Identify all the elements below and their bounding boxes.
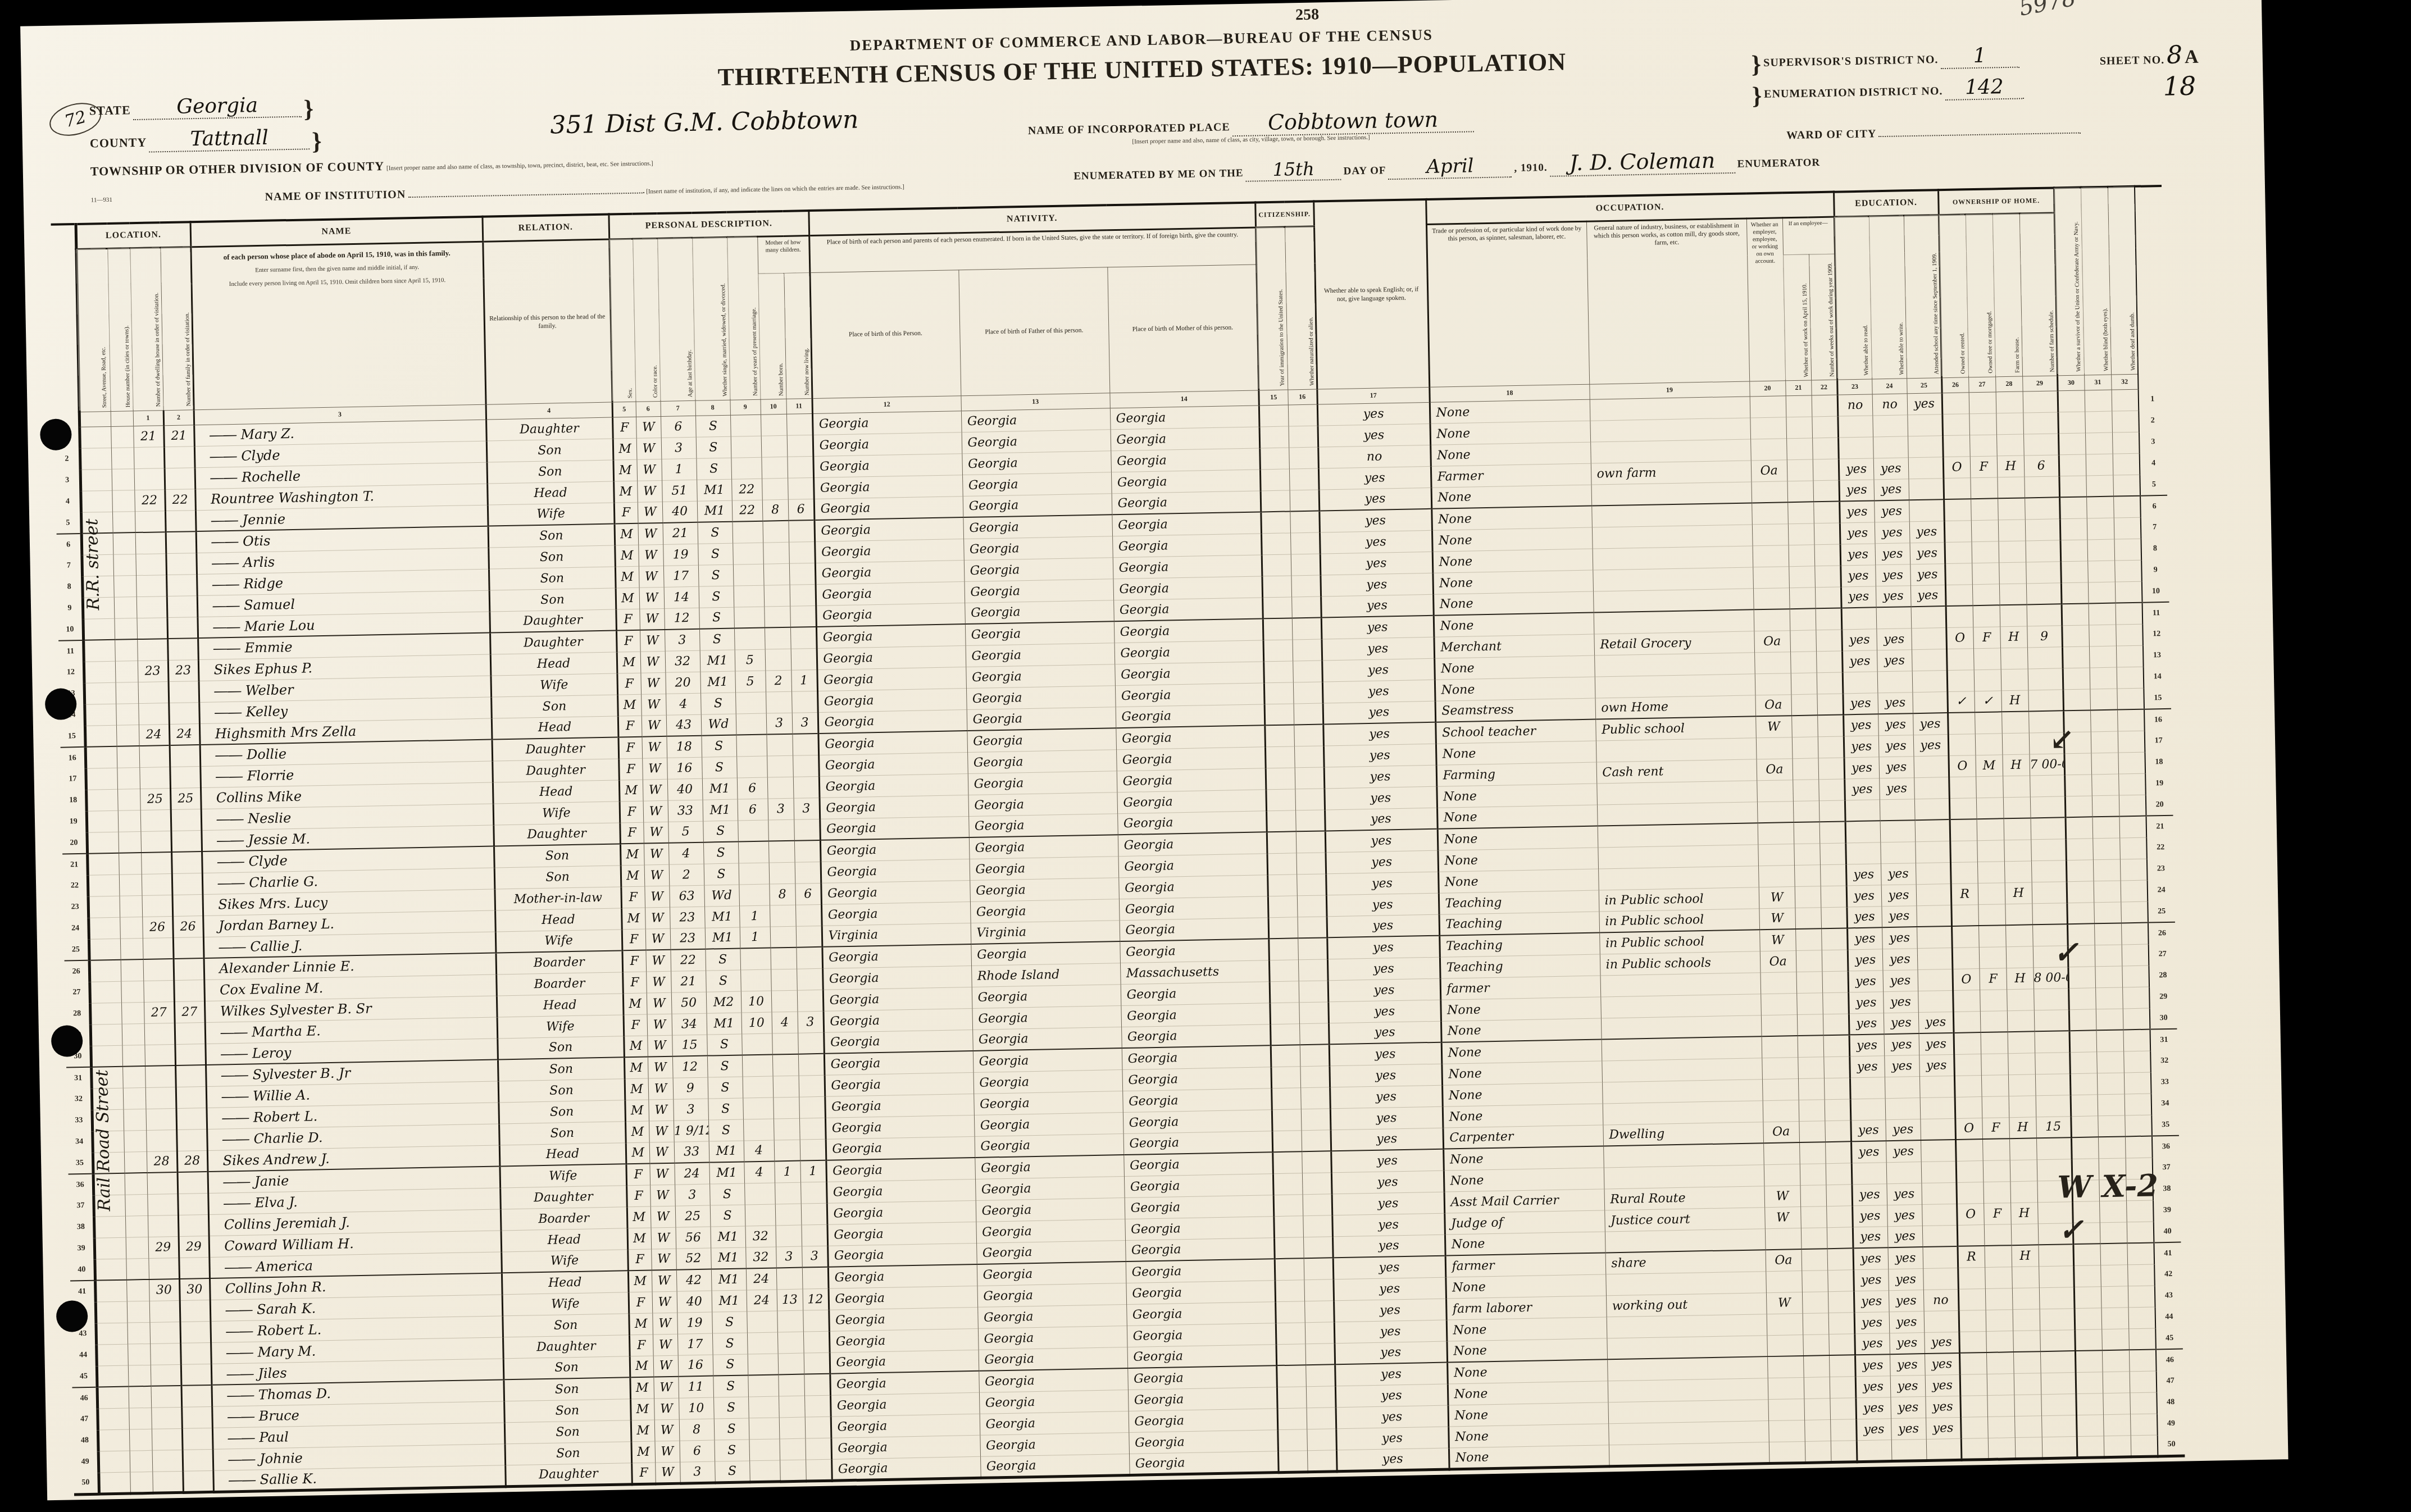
weeks-out-of-work <box>1829 1355 1855 1377</box>
house-number <box>122 1023 145 1045</box>
family-number <box>167 595 198 617</box>
ward-row: WARD OF CITY <box>1786 122 2081 143</box>
education-group: EDUCATION. <box>1834 190 1939 216</box>
house-number <box>111 447 134 469</box>
able-to-write <box>1885 1097 1921 1119</box>
attended-school <box>1922 1225 1958 1247</box>
dwelling-number <box>135 511 166 532</box>
mother-birthplace: Georgia <box>1110 405 1259 429</box>
birthplace: Georgia <box>831 1435 980 1459</box>
able-to-read: yes <box>1849 1055 1885 1077</box>
family-number: 30 <box>179 1278 210 1300</box>
immigration-year <box>1262 596 1292 618</box>
relation: Son <box>486 460 613 484</box>
attended-school <box>1912 691 1948 713</box>
speaks-english: yes <box>1329 1042 1442 1066</box>
immigration-year <box>1270 981 1299 1003</box>
street <box>87 810 119 832</box>
color: W <box>652 1291 677 1313</box>
farm-or-house <box>1996 434 2024 456</box>
mother-birthplace: Georgia <box>1120 917 1269 941</box>
speaks-english: yes <box>1320 530 1432 554</box>
able-to-write: yes <box>1884 1033 1919 1055</box>
farm-or-house <box>2014 1373 2041 1395</box>
employment-class <box>1752 502 1788 524</box>
dwelling-number <box>147 1172 178 1194</box>
blind <box>2092 837 2120 859</box>
dwelling-number <box>148 1215 179 1237</box>
owned-or-rented <box>1961 1438 1989 1460</box>
institution-label: NAME OF INSTITUTION <box>265 188 406 203</box>
mother-birthplace: Georgia <box>1129 1408 1278 1432</box>
marital-status: Wd <box>704 885 739 907</box>
deaf-and-dumb <box>2131 1434 2158 1456</box>
farm-schedule-number: 6 <box>2024 454 2059 476</box>
children-born <box>765 627 791 649</box>
weeks-out-of-work <box>1819 821 1846 843</box>
industry: Rural Route <box>1604 1186 1765 1210</box>
naturalized <box>1300 1087 1330 1109</box>
industry: Public school <box>1595 716 1756 740</box>
civil-war-survivor <box>2069 1009 2096 1031</box>
father-birthplace: Rhode Island <box>971 963 1121 987</box>
father-birthplace: Georgia <box>962 472 1112 496</box>
out-of-work <box>1804 1398 1830 1420</box>
civil-war-survivor <box>2060 561 2088 582</box>
line-number: 36 <box>69 1174 94 1196</box>
weeks-out-of-work <box>1819 842 1846 864</box>
family-number <box>178 1214 209 1236</box>
color: W <box>655 1462 680 1484</box>
weeks-out-of-work <box>1818 757 1845 779</box>
owned-free-or-mortgaged: F <box>1982 1117 2009 1139</box>
sex: F <box>616 609 640 631</box>
children-born <box>764 606 790 628</box>
farm-schedule-number <box>2041 1372 2076 1394</box>
immigration-year <box>1272 1151 1302 1173</box>
able-to-read: yes <box>1846 885 1882 907</box>
occupation: Merchant <box>1434 634 1594 658</box>
immigration-year <box>1275 1258 1304 1280</box>
civil-war-survivor <box>2060 518 2087 540</box>
weeks-out-of-work <box>1823 1013 1849 1035</box>
years-married: 5 <box>735 649 766 671</box>
color: W <box>650 1227 676 1249</box>
able-to-write <box>1885 1076 1920 1098</box>
street <box>83 618 115 640</box>
age: 32 <box>665 650 700 672</box>
employment-class <box>1750 417 1786 439</box>
father-birthplace: Georgia <box>979 1390 1129 1414</box>
mother-birthplace: Georgia <box>1127 1365 1277 1390</box>
able-to-write: yes <box>1873 457 1909 479</box>
farm-schedule-number <box>2032 881 2067 903</box>
col-relation: Relationship of this person to the head … <box>483 239 612 404</box>
age: 6 <box>661 416 696 438</box>
sex: M <box>613 459 637 481</box>
occupation: None <box>1436 784 1597 808</box>
weeks-out-of-work <box>1816 629 1842 651</box>
children-living <box>798 1054 825 1076</box>
age: 4 <box>666 693 701 715</box>
speaks-english: yes <box>1320 573 1433 596</box>
years-married <box>743 1118 774 1140</box>
immigration-year <box>1277 1408 1307 1429</box>
relation: Head <box>497 993 624 1017</box>
industry <box>1600 972 1761 996</box>
sex: F <box>616 630 640 652</box>
occupation: None <box>1437 826 1598 850</box>
dwelling-number <box>139 745 170 767</box>
able-to-read: yes <box>1839 458 1874 480</box>
owned-free-or-mortgaged <box>1977 861 2005 883</box>
immigration-year <box>1275 1279 1304 1301</box>
relation: Daughter <box>490 630 617 654</box>
able-to-write: yes <box>1886 1140 1921 1162</box>
immigration-year <box>1278 1450 1308 1472</box>
children-living: 3 <box>792 712 818 734</box>
brace-icon: } <box>312 127 322 155</box>
years-married: 10 <box>741 1012 772 1034</box>
color: W <box>650 1206 676 1228</box>
owned-or-rented <box>1946 648 1974 670</box>
farm-or-house <box>1998 498 2025 520</box>
employment-class <box>1757 780 1793 801</box>
children-living: 12 <box>803 1288 829 1310</box>
years-married <box>734 628 765 650</box>
children-born <box>767 777 794 799</box>
attended-school <box>1921 1161 1957 1183</box>
family-number <box>165 510 196 532</box>
employment-class <box>1767 1356 1804 1378</box>
attended-school <box>1915 841 1950 863</box>
blind <box>2085 432 2113 454</box>
sex: M <box>627 1228 651 1250</box>
out-of-work <box>1798 1035 1824 1057</box>
owned-or-rented <box>1944 477 1971 499</box>
house-number <box>119 895 142 917</box>
line-number: 46 <box>72 1387 98 1409</box>
street <box>98 1429 130 1451</box>
family-number <box>166 553 197 575</box>
line-number: 48 <box>2157 1392 2184 1414</box>
occupation: Carpenter <box>1443 1124 1603 1149</box>
house-number <box>118 831 141 853</box>
father-birthplace: Georgia <box>963 493 1112 517</box>
children-living <box>791 648 817 670</box>
industry <box>1598 823 1758 847</box>
street <box>92 1109 124 1131</box>
industry <box>1598 866 1759 890</box>
speaks-english: yes <box>1320 552 1433 575</box>
able-to-read: yes <box>1844 778 1880 800</box>
house-number <box>114 596 137 618</box>
civil-war-survivor <box>2073 1265 2101 1287</box>
age: 51 <box>662 480 697 502</box>
naturalized <box>1294 745 1324 767</box>
deaf-and-dumb <box>2128 1306 2156 1328</box>
speaks-english: yes <box>1324 786 1437 810</box>
house-number <box>117 767 140 789</box>
column-number: 32 <box>2111 374 2138 390</box>
birthplace: Georgia <box>825 1115 975 1139</box>
farm-or-house <box>2001 668 2028 690</box>
birthplace: Georgia <box>829 1307 978 1331</box>
children-living <box>800 1139 826 1161</box>
col-name: of each person whose place of abode on A… <box>190 242 485 409</box>
deaf-and-dumb <box>2116 624 2143 646</box>
attended-school <box>1914 755 1949 777</box>
civil-war-survivor <box>2062 646 2090 668</box>
naturalized <box>1301 1108 1331 1130</box>
father-birthplace: Georgia <box>973 1048 1122 1072</box>
industry <box>1609 1442 1769 1466</box>
line-number: 8 <box>57 576 83 598</box>
years-married <box>736 713 767 735</box>
weeks-out-of-work <box>1812 416 1838 438</box>
street <box>82 576 114 598</box>
owned-free-or-mortgaged <box>1983 1160 2010 1182</box>
able-to-read: yes <box>1852 1205 1887 1227</box>
street <box>94 1237 126 1259</box>
farm-or-house <box>2004 860 2032 882</box>
employment-class <box>1750 438 1787 460</box>
naturalized <box>1307 1450 1337 1472</box>
farm-or-house <box>1996 391 2023 413</box>
citizenship-group: CITIZENSHIP. <box>1255 202 1314 227</box>
employment-class: W <box>1759 929 1796 951</box>
column-number <box>79 411 111 427</box>
owned-free-or-mortgaged <box>1981 1053 2008 1075</box>
family-number: 26 <box>172 916 203 937</box>
blind <box>2087 518 2114 540</box>
occupation: None <box>1447 1359 1608 1383</box>
out-of-work <box>1798 1056 1824 1078</box>
immigration-year <box>1270 1023 1300 1045</box>
speaks-english: yes <box>1318 466 1431 490</box>
owned-or-rented: ✓ <box>1947 691 1975 713</box>
line-number: 37 <box>2153 1157 2180 1179</box>
dwelling-number <box>138 703 169 725</box>
able-to-read: yes <box>1846 863 1881 885</box>
able-to-write: yes <box>1889 1311 1925 1333</box>
marital-status: S <box>715 1460 750 1482</box>
deaf-and-dumb <box>2126 1158 2153 1179</box>
house-number <box>124 1130 147 1152</box>
farm-schedule-number <box>2040 1308 2075 1330</box>
weeks-out-of-work <box>1825 1120 1851 1142</box>
occupation: None <box>1440 996 1601 1021</box>
age: 2 <box>669 864 704 886</box>
sex: M <box>626 1142 650 1164</box>
scan-background: 258 5978 72 DEPARTMENT OF COMMERCE AND L… <box>0 0 2411 1512</box>
naturalized <box>1305 1364 1335 1386</box>
owned-free-or-mortgaged <box>1972 562 1999 584</box>
children-born <box>769 862 795 884</box>
farm-or-house <box>1996 413 2023 435</box>
able-to-write: yes <box>1888 1247 1923 1269</box>
speaks-english: yes <box>1327 914 1440 938</box>
weeks-out-of-work <box>1826 1184 1852 1206</box>
children-living <box>804 1395 831 1417</box>
farm-or-house <box>2004 818 2031 840</box>
farm-or-house <box>2014 1415 2042 1437</box>
father-birthplace: Georgia <box>966 664 1115 688</box>
employment-class <box>1753 566 1789 588</box>
industry <box>1602 1079 1763 1103</box>
house-number <box>111 426 134 448</box>
attended-school <box>1912 649 1947 671</box>
blind <box>2098 1136 2126 1158</box>
weeks-out-of-work <box>1823 1035 1850 1056</box>
able-to-read: yes <box>1848 991 1884 1013</box>
street <box>85 768 117 790</box>
street <box>94 1259 126 1281</box>
owned-free-or-mortgaged <box>1973 648 2001 670</box>
out-of-work <box>1789 566 1815 588</box>
civil-war-survivor <box>2063 689 2091 711</box>
mother-birthplace: Georgia <box>1113 576 1262 600</box>
immigration-year <box>1261 490 1290 512</box>
institution-blank <box>408 182 644 198</box>
owned-or-rented <box>1955 1096 1982 1118</box>
immigration-year <box>1272 1109 1302 1131</box>
sex: F <box>622 929 646 951</box>
blind <box>2101 1328 2129 1350</box>
farm-or-house <box>1999 583 2027 605</box>
able-to-read <box>1850 1077 1885 1099</box>
supervisor-label: SUPERVISOR'S DISTRICT NO. <box>1763 53 1939 69</box>
speaks-english: yes <box>1334 1320 1447 1344</box>
line-number: 23 <box>63 896 89 918</box>
relation: Son <box>488 524 615 548</box>
color: W <box>652 1270 677 1292</box>
naturalized <box>1295 767 1325 789</box>
birthplace: Georgia <box>824 1051 974 1075</box>
relation: Son <box>497 1036 624 1059</box>
farm-schedule-number <box>2041 1393 2076 1415</box>
family-number <box>176 1129 207 1151</box>
father-birthplace: Georgia <box>961 408 1111 432</box>
employment-class <box>1764 1164 1800 1186</box>
children-living <box>788 477 814 499</box>
farm-schedule-number <box>2032 903 2067 924</box>
house-number <box>115 639 138 661</box>
years-married: 10 <box>741 991 772 1013</box>
years-married <box>734 585 765 607</box>
relation: Head <box>502 1270 629 1294</box>
mother-birthplace: Georgia <box>1129 1429 1278 1454</box>
marital-status: S <box>697 522 733 544</box>
dwelling-number: 23 <box>138 660 169 682</box>
color: W <box>640 651 666 673</box>
age: 20 <box>665 672 700 694</box>
immigration-year <box>1276 1344 1306 1365</box>
occupation: None <box>1441 1060 1602 1085</box>
out-of-work <box>1800 1163 1826 1185</box>
col-farm-number: Number of farm schedule. <box>2019 212 2057 376</box>
age: 40 <box>677 1291 712 1313</box>
children-born <box>775 1225 802 1247</box>
marital-status: M1 <box>704 906 740 928</box>
col-owned-rented: Owned or rented. <box>1939 214 1968 377</box>
children-born <box>767 755 793 777</box>
institution-note: [Insert name of institution, if any, and… <box>646 184 904 195</box>
owned-or-rented <box>1945 584 1973 606</box>
house-number <box>117 746 140 768</box>
sex: F <box>612 417 636 439</box>
farm-or-house <box>2010 1159 2037 1181</box>
family-number: 22 <box>165 489 195 511</box>
owned-or-rented <box>1950 862 1978 883</box>
family-number <box>180 1342 211 1364</box>
occupation: Farmer <box>1431 463 1591 488</box>
occupation: Teaching <box>1440 954 1600 978</box>
years-married <box>731 436 762 458</box>
employment-class <box>1750 395 1786 417</box>
attended-school: yes <box>1919 1033 1954 1055</box>
immigration-year <box>1261 511 1290 533</box>
owned-or-rented <box>1948 734 1976 755</box>
mother-birthplace: Georgia <box>1125 1216 1274 1240</box>
years-married: 1 <box>740 927 771 949</box>
blind <box>2085 411 2112 433</box>
relation: Son <box>491 694 618 718</box>
out-of-work <box>1796 992 1823 1014</box>
sheet-label: SHEET NO. <box>2100 54 2165 67</box>
house-number <box>129 1429 152 1451</box>
children-living <box>803 1331 830 1353</box>
able-to-read: yes <box>1853 1247 1889 1269</box>
employment-class: Oa <box>1751 459 1787 481</box>
sex: F <box>618 716 642 737</box>
birthplace: Georgia <box>823 1008 972 1032</box>
line-number: 40 <box>70 1259 95 1281</box>
occupation: None <box>1445 1231 1605 1255</box>
house-number <box>117 789 140 810</box>
speaks-english: yes <box>1332 1235 1445 1258</box>
weeks-out-of-work <box>1818 736 1844 758</box>
sex: F <box>618 758 643 780</box>
farm-or-house <box>2005 903 2032 925</box>
blind <box>2093 859 2121 881</box>
marital-status: S <box>712 1332 748 1354</box>
sex: M <box>624 1057 648 1079</box>
marital-status: S <box>696 458 731 480</box>
owned-or-rented: R <box>1951 883 1978 905</box>
children-living <box>801 1224 827 1246</box>
civil-war-survivor <box>2068 987 2096 1009</box>
farm-schedule-number <box>2026 561 2061 583</box>
sex: F <box>614 502 638 524</box>
dwelling-number <box>148 1258 179 1279</box>
attended-school <box>1923 1268 1958 1290</box>
children-born <box>765 649 791 671</box>
street <box>83 640 115 662</box>
owned-free-or-mortgaged: ✓ <box>1974 690 2001 712</box>
age: 63 <box>669 885 704 907</box>
years-married <box>738 820 768 842</box>
line-number: 1 <box>2139 389 2166 411</box>
out-of-work <box>1789 587 1816 609</box>
farm-or-house: H <box>1997 456 2025 477</box>
weeks-out-of-work <box>1817 672 1843 694</box>
street <box>94 1216 126 1238</box>
able-to-read: yes <box>1843 714 1878 736</box>
employment-class: Oa <box>1766 1249 1802 1271</box>
marital-status: S <box>713 1375 748 1397</box>
line-number: 26 <box>2148 922 2176 944</box>
